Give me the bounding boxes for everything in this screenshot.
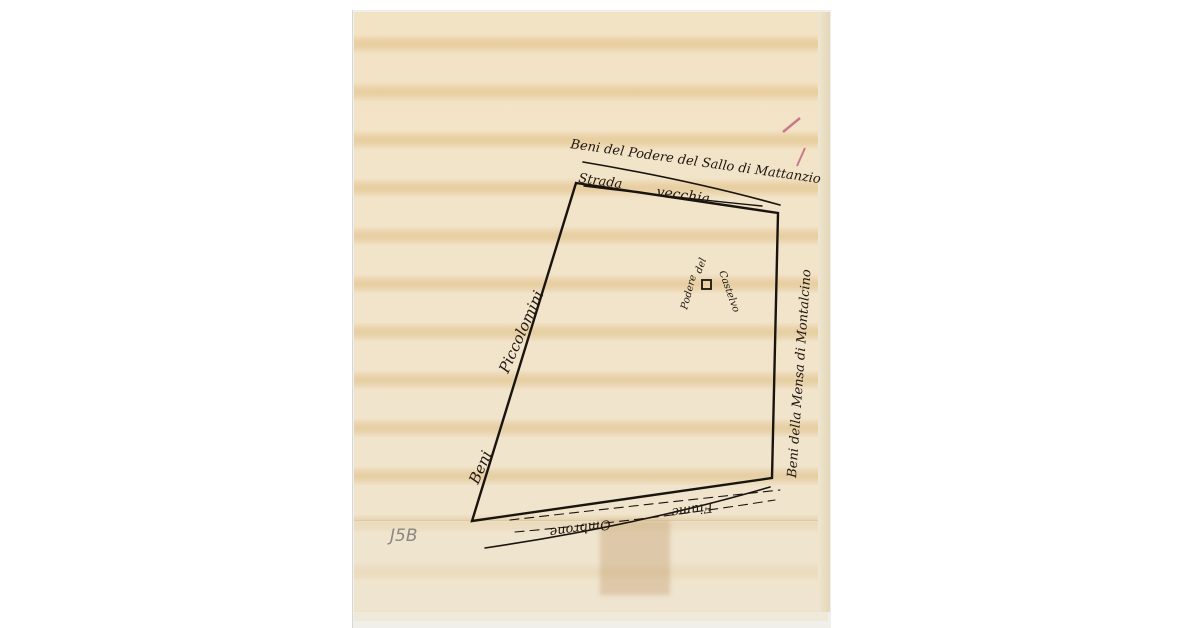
label-east: Beni della Mensa di Montalcino — [785, 269, 815, 480]
label-road-qualifier: vecchia — [655, 184, 710, 207]
label-road: Strada — [577, 171, 623, 192]
label-center-2: del — [693, 257, 709, 275]
label-center-1: Podere — [679, 274, 699, 312]
map-drawing: Beni del Podere del Sallo di Mattanzio S… — [0, 0, 1200, 628]
label-river-name: Ombrone — [548, 516, 611, 539]
red-mark — [783, 118, 800, 132]
square-building-icon — [702, 280, 711, 289]
label-center-3: Castelvo — [716, 269, 741, 314]
catalog-mark: J5B — [387, 526, 418, 546]
label-river: Fiume — [670, 499, 715, 520]
label-west-1: Beni — [465, 448, 496, 488]
red-mark — [797, 148, 805, 166]
